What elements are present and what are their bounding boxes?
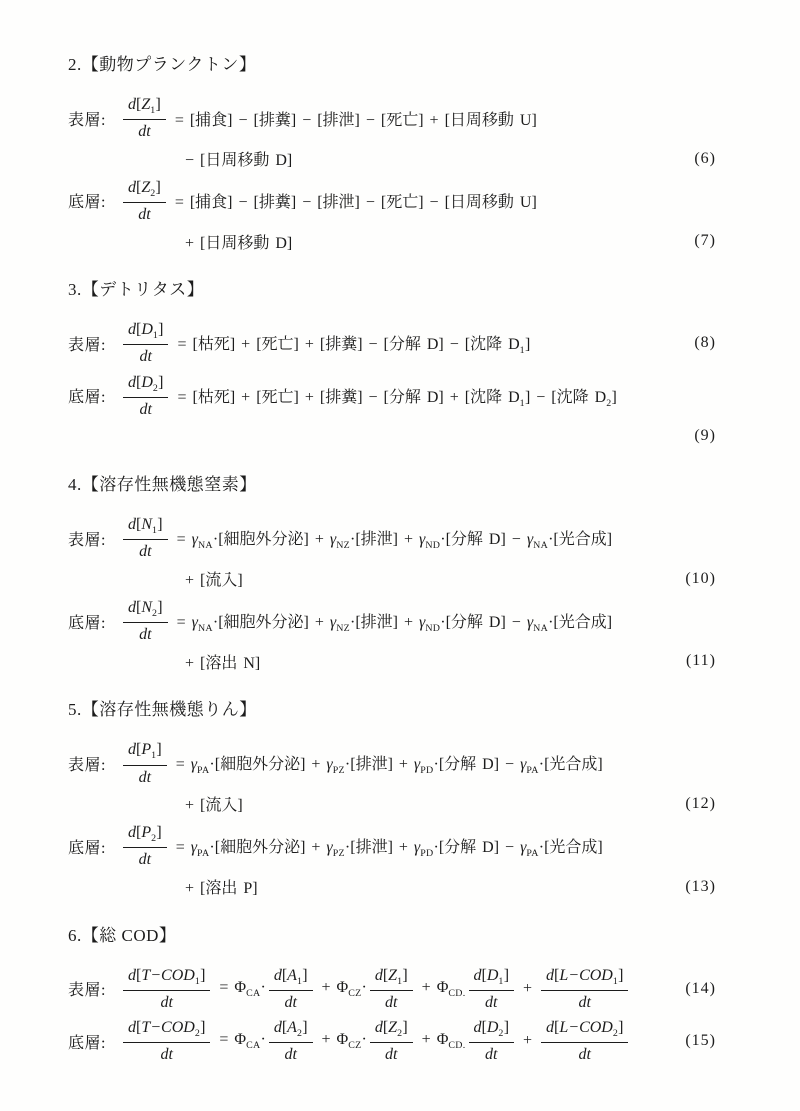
subscript: 1 — [152, 525, 157, 536]
equation-text: = ΦCA· — [213, 979, 265, 999]
fraction-numerator: d[Z1] — [123, 95, 166, 120]
document-page: 2.【動物プランクトン】表層:d[Z1]dt = [捕食] − [排糞] − [… — [0, 0, 800, 1111]
fraction-numerator: d[Z2] — [123, 178, 166, 203]
fraction-numerator: d[L−COD2] — [541, 1018, 628, 1043]
fraction-denominator: dt — [139, 623, 151, 644]
layer-label: 表層: — [68, 977, 120, 1000]
fraction-denominator: dt — [160, 1043, 172, 1064]
equation-text: + — [517, 1032, 538, 1050]
math-variable: dt — [385, 994, 397, 1011]
math-variable: D — [487, 1019, 499, 1036]
equation-text: = [枯死] + [死亡] + [排糞] − [分解 D] + [沈降 D1] … — [171, 384, 616, 409]
equation-text: − [日周移動 D] — [185, 147, 292, 170]
fraction-denominator: dt — [139, 766, 151, 787]
equation-text: + [溶出 P] — [185, 875, 258, 898]
equation-continuation: + [日周移動 D](7) — [185, 230, 716, 252]
fraction-denominator: dt — [140, 345, 152, 366]
math-variable: Z — [141, 179, 150, 196]
math-variable: d — [128, 599, 136, 616]
section-heading: 4.【溶存性無機態窒素】 — [68, 475, 716, 495]
fraction-denominator: dt — [485, 991, 497, 1012]
equation-body: d[P1]dt = γPA·[細胞外分泌] + γPZ·[排泄] + γPD·[… — [120, 740, 603, 787]
subscript: PZ — [333, 848, 345, 859]
fraction-numerator: d[D1] — [123, 320, 168, 345]
fraction: d[Z1]dt — [123, 95, 166, 142]
math-variable: dt — [284, 994, 296, 1011]
equation-text: + ΦCZ· — [316, 1031, 367, 1051]
math-variable: d — [128, 374, 136, 391]
subscript: PA — [197, 848, 209, 859]
fraction-numerator: d[A2] — [269, 1018, 313, 1043]
subscript: CD. — [448, 1040, 465, 1051]
equation-section: 5.【溶存性無機態りん】表層:d[P1]dt = γPA·[細胞外分泌] + γ… — [68, 700, 716, 897]
subscript: 2 — [152, 608, 157, 619]
subscript: 2 — [613, 1028, 618, 1039]
fraction-denominator: dt — [579, 1043, 591, 1064]
math-variable: d — [128, 321, 136, 338]
subscript: 1 — [151, 750, 156, 761]
fraction: d[D2]dt — [123, 373, 168, 420]
fraction-numerator: d[Z2] — [370, 1018, 413, 1043]
subscript: CZ — [348, 1040, 361, 1051]
math-variable: L−COD — [559, 1019, 612, 1036]
equation-row: 底層:d[N2]dt = γNA·[細胞外分泌] + γNZ·[排泄] + γN… — [68, 598, 716, 645]
subscript: PA — [197, 765, 209, 776]
section-heading: 3.【デトリタス】 — [68, 280, 716, 300]
equation-text: = γNA·[細胞外分泌] + γNZ·[排泄] + γND·[分解 D] − … — [171, 526, 612, 551]
fraction-denominator: dt — [385, 991, 397, 1012]
equation-row: 表層:d[P1]dt = γPA·[細胞外分泌] + γPZ·[排泄] + γP… — [68, 740, 716, 787]
fraction: d[T−COD2]dt — [123, 1018, 210, 1065]
subscript: NA — [198, 622, 213, 633]
subscript: 2 — [195, 1028, 200, 1039]
math-variable: T−COD — [141, 1019, 194, 1036]
fraction-numerator: d[N2] — [123, 598, 168, 623]
math-variable: d — [128, 824, 136, 841]
fraction: d[P2]dt — [123, 823, 167, 870]
subscript: CD. — [448, 988, 465, 999]
layer-label: 表層: — [68, 332, 120, 355]
fraction: d[P1]dt — [123, 740, 167, 787]
math-variable: dt — [579, 994, 591, 1011]
math-variable: dt — [140, 348, 152, 365]
equation-text: = [捕食] − [排糞] − [排泄] − [死亡] + [日周移動 U] — [169, 107, 537, 130]
equation-body: d[Z2]dt = [捕食] − [排糞] − [排泄] − [死亡] − [日… — [120, 178, 537, 225]
equation-number: (10) — [673, 570, 716, 588]
equation-number: (8) — [682, 334, 716, 352]
fraction-denominator: dt — [284, 1043, 296, 1064]
equation-body: d[P2]dt = γPA·[細胞外分泌] + γPZ·[排泄] + γPD·[… — [120, 823, 603, 870]
fraction-denominator: dt — [284, 991, 296, 1012]
math-variable: dt — [139, 626, 151, 643]
fraction: d[N1]dt — [123, 515, 168, 562]
equation-text: = ΦCA· — [213, 1031, 265, 1051]
equation-text: + [流入] — [185, 567, 243, 590]
math-variable: d — [128, 179, 136, 196]
math-variable: d — [274, 967, 282, 984]
subscript: 2 — [151, 833, 156, 844]
equation-body: d[D1]dt = [枯死] + [死亡] + [排糞] − [分解 D] − … — [120, 320, 530, 367]
equation-row: 底層:d[P2]dt = γPA·[細胞外分泌] + γPZ·[排泄] + γP… — [68, 823, 716, 870]
equation-text: + [溶出 N] — [185, 650, 260, 673]
math-variable: d — [128, 1019, 136, 1036]
math-variable: d — [546, 1019, 554, 1036]
equation-text: + ΦCD. — [416, 1031, 466, 1051]
fraction-denominator: dt — [160, 991, 172, 1012]
math-variable: d — [274, 1019, 282, 1036]
subscript: 2 — [606, 397, 611, 408]
equation-row: 底層:d[Z2]dt = [捕食] − [排糞] − [排泄] − [死亡] −… — [68, 178, 716, 225]
equation-number: (6) — [682, 150, 716, 168]
fraction: d[Z2]dt — [370, 1018, 413, 1065]
subscript: 1 — [520, 345, 525, 356]
math-variable: P — [141, 741, 151, 758]
subscript: 2 — [498, 1028, 503, 1039]
equation-text: = γPA·[細胞外分泌] + γPZ·[排泄] + γPD·[分解 D] − … — [170, 751, 603, 776]
layer-label: 底層: — [68, 189, 120, 212]
fraction: d[D1]dt — [123, 320, 168, 367]
subscript: PA — [526, 765, 538, 776]
fraction-numerator: d[L−COD1] — [541, 966, 628, 991]
equation-section: 6.【総 COD】表層:d[T−COD1]dt = ΦCA·d[A1]dt + … — [68, 926, 716, 1065]
subscript: PA — [526, 848, 538, 859]
fraction: d[D1]dt — [469, 966, 514, 1013]
equation-body: d[T−COD2]dt = ΦCA·d[A2]dt + ΦCZ·d[Z2]dt … — [120, 1018, 631, 1065]
math-variable: d — [128, 967, 136, 984]
math-variable: dt — [138, 123, 150, 140]
equation-continuation: + [溶出 P](13) — [185, 876, 716, 898]
equation-text: = γNA·[細胞外分泌] + γNZ·[排泄] + γND·[分解 D] − … — [171, 609, 612, 634]
subscript: NA — [198, 540, 213, 551]
math-variable: d — [474, 967, 482, 984]
equation-number: (7) — [682, 232, 716, 250]
equation-number: (9) — [682, 427, 716, 445]
fraction: d[D2]dt — [469, 1018, 514, 1065]
equation-text: + ΦCD. — [416, 979, 466, 999]
equation-section: 2.【動物プランクトン】表層:d[Z1]dt = [捕食] − [排糞] − [… — [68, 55, 716, 252]
equation-number-line: (9) — [68, 425, 716, 447]
section-heading: 5.【溶存性無機態りん】 — [68, 700, 716, 720]
fraction: d[Z1]dt — [370, 966, 413, 1013]
equation-row: 底層:d[T−COD2]dt = ΦCA·d[A2]dt + ΦCZ·d[Z2]… — [68, 1018, 716, 1065]
layer-label: 底層: — [68, 384, 120, 407]
equation-body: d[N1]dt = γNA·[細胞外分泌] + γNZ·[排泄] + γND·[… — [120, 515, 612, 562]
subscript: NZ — [336, 622, 350, 633]
equation-text: = [枯死] + [死亡] + [排糞] − [分解 D] − [沈降 D1] — [171, 331, 530, 356]
math-variable: Z — [388, 1019, 397, 1036]
math-variable: d — [474, 1019, 482, 1036]
fraction-denominator: dt — [385, 1043, 397, 1064]
fraction-numerator: d[A1] — [269, 966, 313, 991]
equation-text: + [日周移動 D] — [185, 230, 292, 253]
equation-text: + ΦCZ· — [316, 979, 367, 999]
fraction-denominator: dt — [139, 540, 151, 561]
math-variable: D — [141, 374, 153, 391]
fraction-numerator: d[D2] — [123, 373, 168, 398]
equation-number: (14) — [673, 980, 716, 998]
equation-body: d[Z1]dt = [捕食] − [排糞] − [排泄] − [死亡] + [日… — [120, 95, 537, 142]
math-variable: dt — [140, 401, 152, 418]
subscript: PD — [420, 848, 433, 859]
fraction-numerator: d[P1] — [123, 740, 167, 765]
math-variable: d — [128, 516, 136, 533]
fraction: d[A1]dt — [269, 966, 313, 1013]
section-heading: 6.【総 COD】 — [68, 926, 716, 946]
layer-label: 表層: — [68, 527, 120, 550]
fraction-denominator: dt — [138, 120, 150, 141]
math-variable: dt — [485, 994, 497, 1011]
math-variable: dt — [160, 994, 172, 1011]
subscript: 1 — [195, 975, 200, 986]
equation-continuation: + [流入](12) — [185, 793, 716, 815]
subscript: 1 — [297, 975, 302, 986]
subscript: ND — [425, 540, 440, 551]
subscript: 2 — [297, 1028, 302, 1039]
layer-label: 底層: — [68, 1030, 120, 1053]
layer-label: 表層: — [68, 107, 120, 130]
math-variable: dt — [160, 1046, 172, 1063]
equation-section: 3.【デトリタス】表層:d[D1]dt = [枯死] + [死亡] + [排糞]… — [68, 280, 716, 447]
math-variable: dt — [485, 1046, 497, 1063]
subscript: 1 — [153, 330, 158, 341]
equation-row: 表層:d[T−COD1]dt = ΦCA·d[A1]dt + ΦCZ·d[Z1]… — [68, 966, 716, 1013]
math-variable: dt — [139, 543, 151, 560]
equation-body: d[D2]dt = [枯死] + [死亡] + [排糞] − [分解 D] + … — [120, 373, 617, 420]
subscript: CZ — [348, 988, 361, 999]
math-variable: d — [128, 96, 136, 113]
equation-number: (12) — [673, 795, 716, 813]
subscript: 2 — [150, 187, 155, 198]
math-variable: dt — [579, 1046, 591, 1063]
math-variable: dt — [284, 1046, 296, 1063]
equation-number: (11) — [674, 652, 716, 670]
fraction-numerator: d[P2] — [123, 823, 167, 848]
equation-row: 表層:d[Z1]dt = [捕食] − [排糞] − [排泄] − [死亡] +… — [68, 95, 716, 142]
equation-text: + [流入] — [185, 792, 243, 815]
math-variable: d — [375, 1019, 383, 1036]
subscript: CA — [246, 988, 260, 999]
fraction-denominator: dt — [140, 398, 152, 419]
subscript: ND — [425, 622, 440, 633]
subscript: NZ — [336, 540, 350, 551]
equation-row: 底層:d[D2]dt = [枯死] + [死亡] + [排糞] − [分解 D]… — [68, 373, 716, 420]
subscript: 2 — [153, 382, 158, 393]
equation-number: (13) — [673, 878, 716, 896]
equation-text: + — [517, 980, 538, 998]
math-variable: dt — [139, 769, 151, 786]
fraction-numerator: d[D1] — [469, 966, 514, 991]
fraction-denominator: dt — [139, 848, 151, 869]
fraction: d[N2]dt — [123, 598, 168, 645]
fraction-numerator: d[N1] — [123, 515, 168, 540]
equation-row: 表層:d[N1]dt = γNA·[細胞外分泌] + γNZ·[排泄] + γN… — [68, 515, 716, 562]
math-variable: D — [487, 967, 499, 984]
equation-continuation: − [日周移動 D](6) — [185, 148, 716, 170]
math-variable: Z — [141, 96, 150, 113]
subscript: 1 — [397, 975, 402, 986]
equation-text: = γPA·[細胞外分泌] + γPZ·[排泄] + γPD·[分解 D] − … — [170, 834, 603, 859]
equations-content: 2.【動物プランクトン】表層:d[Z1]dt = [捕食] − [排糞] − [… — [68, 55, 716, 1065]
subscript: CA — [246, 1040, 260, 1051]
math-variable: N — [141, 516, 152, 533]
layer-label: 底層: — [68, 835, 120, 858]
fraction-denominator: dt — [485, 1043, 497, 1064]
math-variable: dt — [385, 1046, 397, 1063]
equation-body: d[N2]dt = γNA·[細胞外分泌] + γNZ·[排泄] + γND·[… — [120, 598, 612, 645]
subscript: 1 — [613, 975, 618, 986]
subscript: PD — [420, 765, 433, 776]
equation-number: (15) — [673, 1032, 716, 1050]
subscript: PZ — [333, 765, 345, 776]
fraction: d[T−COD1]dt — [123, 966, 210, 1013]
math-variable: d — [128, 741, 136, 758]
equation-row: 表層:d[D1]dt = [枯死] + [死亡] + [排糞] − [分解 D]… — [68, 320, 716, 367]
fraction-numerator: d[T−COD2] — [123, 1018, 210, 1043]
math-variable: d — [375, 967, 383, 984]
fraction-denominator: dt — [138, 203, 150, 224]
fraction: d[L−COD2]dt — [541, 1018, 628, 1065]
math-variable: Z — [388, 967, 397, 984]
subscript: NA — [533, 540, 548, 551]
subscript: 2 — [397, 1028, 402, 1039]
fraction-numerator: d[Z1] — [370, 966, 413, 991]
math-variable: dt — [139, 851, 151, 868]
subscript: 1 — [150, 105, 155, 116]
fraction: d[Z2]dt — [123, 178, 166, 225]
fraction: d[A2]dt — [269, 1018, 313, 1065]
math-variable: P — [141, 824, 151, 841]
math-variable: dt — [138, 206, 150, 223]
fraction-denominator: dt — [579, 991, 591, 1012]
math-variable: D — [141, 321, 153, 338]
subscript: 1 — [498, 975, 503, 986]
fraction-numerator: d[D2] — [469, 1018, 514, 1043]
math-variable: d — [546, 967, 554, 984]
equation-continuation: + [流入](10) — [185, 568, 716, 590]
math-variable: T−COD — [141, 967, 194, 984]
layer-label: 底層: — [68, 610, 120, 633]
math-variable: L−COD — [559, 967, 612, 984]
subscript: 1 — [520, 397, 525, 408]
layer-label: 表層: — [68, 752, 120, 775]
math-variable: A — [287, 1019, 297, 1036]
fraction: d[L−COD1]dt — [541, 966, 628, 1013]
equation-body: d[T−COD1]dt = ΦCA·d[A1]dt + ΦCZ·d[Z1]dt … — [120, 966, 631, 1013]
equation-text: = [捕食] − [排糞] − [排泄] − [死亡] − [日周移動 U] — [169, 189, 537, 212]
section-heading: 2.【動物プランクトン】 — [68, 55, 716, 75]
equation-section: 4.【溶存性無機態窒素】表層:d[N1]dt = γNA·[細胞外分泌] + γ… — [68, 475, 716, 672]
subscript: NA — [533, 622, 548, 633]
math-variable: A — [287, 967, 297, 984]
fraction-numerator: d[T−COD1] — [123, 966, 210, 991]
math-variable: N — [141, 599, 152, 616]
equation-continuation: + [溶出 N](11) — [185, 650, 716, 672]
